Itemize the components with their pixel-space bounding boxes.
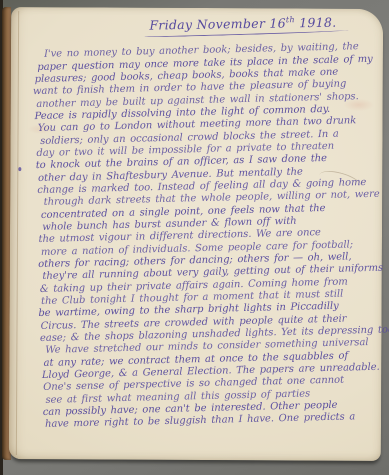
entry-heading: Friday November 16th 1918.: [149, 14, 336, 36]
diary-photo: Friday November 16th 1918. I've no money…: [0, 0, 389, 475]
diary-page: Friday November 16th 1918. I've no money…: [9, 7, 383, 461]
entry-date-ordinal: th: [286, 15, 295, 24]
page-gutter-crease: [16, 11, 19, 455]
entry-date-year: 1918.: [295, 15, 337, 31]
ink-spot: [18, 167, 21, 171]
entry-date-text: Friday November 16: [149, 15, 286, 32]
entry-content: Friday November 16th 1918. I've no money…: [31, 9, 389, 432]
entry-body: I've no money to buy another book; besid…: [32, 41, 389, 432]
